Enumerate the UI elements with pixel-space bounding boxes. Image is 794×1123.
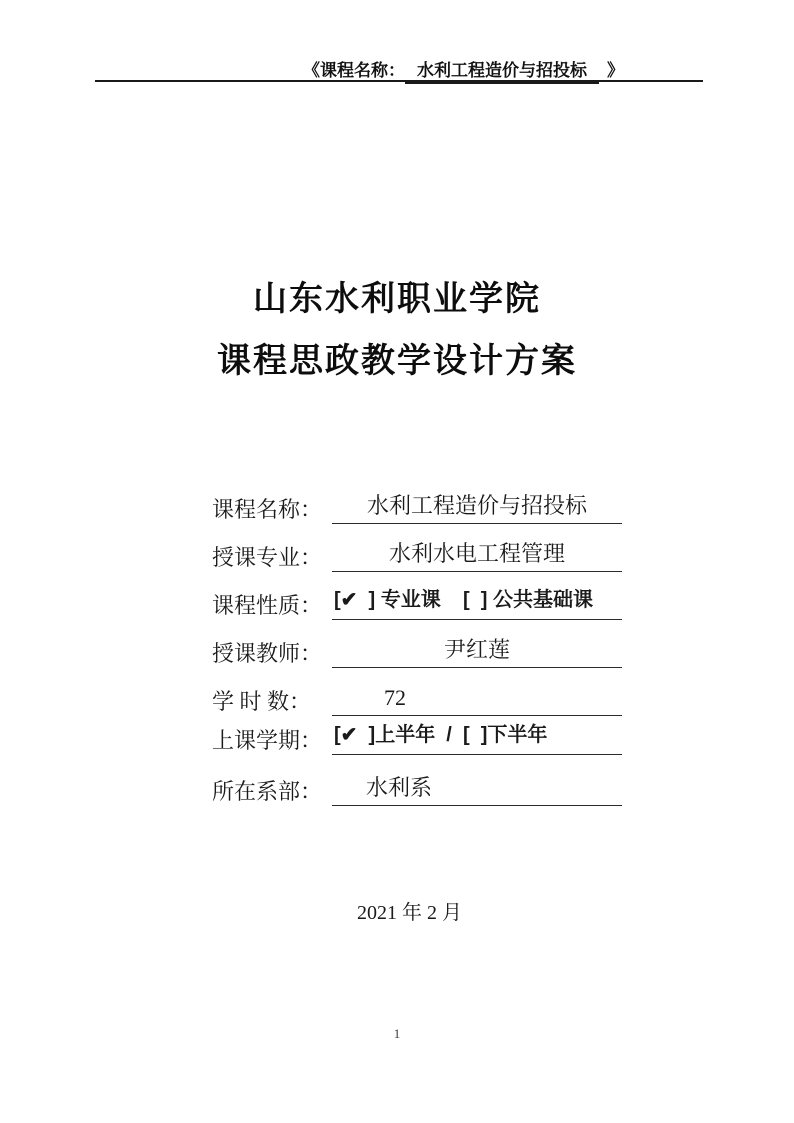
header-course-label: 《课程名称：	[303, 61, 405, 80]
major-value: 水利水电工程管理	[332, 541, 622, 572]
header-closing-bracket: 》	[599, 61, 624, 80]
hours-value: 72	[332, 685, 622, 716]
form-row-teacher: 授课教师： 尹红莲	[212, 628, 622, 676]
form-row-semester: 上课学期： [✔ ]上半年 / [ ]下半年	[212, 715, 622, 763]
title-block: 山东水利职业学院 课程思政教学设计方案	[0, 268, 794, 392]
course-name-label: 课程名称：	[212, 493, 332, 524]
school-name-title: 山东水利职业学院	[0, 268, 794, 330]
major-label: 授课专业：	[212, 541, 332, 572]
page-number: 1	[0, 1026, 794, 1042]
date-line: 2021 年 2 月	[357, 896, 462, 925]
form-row-department: 所在系部： 水利系	[212, 766, 622, 814]
form-row-course-name: 课程名称： 水利工程造价与招投标	[212, 484, 622, 532]
form-row-course-nature: 课程性质： [✔ ] 专业课 [ ] 公共基础课	[212, 580, 622, 628]
document-title: 课程思政教学设计方案	[0, 330, 794, 392]
cover-form: 课程名称： 水利工程造价与招投标 授课专业： 水利水电工程管理 课程性质： [✔…	[212, 484, 622, 814]
teacher-label: 授课教师：	[212, 637, 332, 668]
department-value: 水利系	[332, 775, 622, 806]
course-name-value: 水利工程造价与招投标	[332, 493, 622, 524]
department-label: 所在系部：	[212, 775, 332, 806]
course-nature-label: 课程性质：	[212, 589, 332, 620]
semester-checkboxes: [✔ ]上半年 / [ ]下半年	[332, 724, 622, 755]
teacher-value: 尹红莲	[332, 637, 622, 668]
course-nature-checkboxes: [✔ ] 专业课 [ ] 公共基础课	[332, 589, 622, 620]
form-row-major: 授课专业： 水利水电工程管理	[212, 532, 622, 580]
document-page: 《课程名称：水利工程造价与招投标》 山东水利职业学院 课程思政教学设计方案 课程…	[0, 0, 794, 1123]
hours-label: 学 时 数：	[212, 685, 332, 716]
semester-label: 上课学期：	[212, 724, 332, 755]
header-divider-rule	[95, 80, 703, 82]
